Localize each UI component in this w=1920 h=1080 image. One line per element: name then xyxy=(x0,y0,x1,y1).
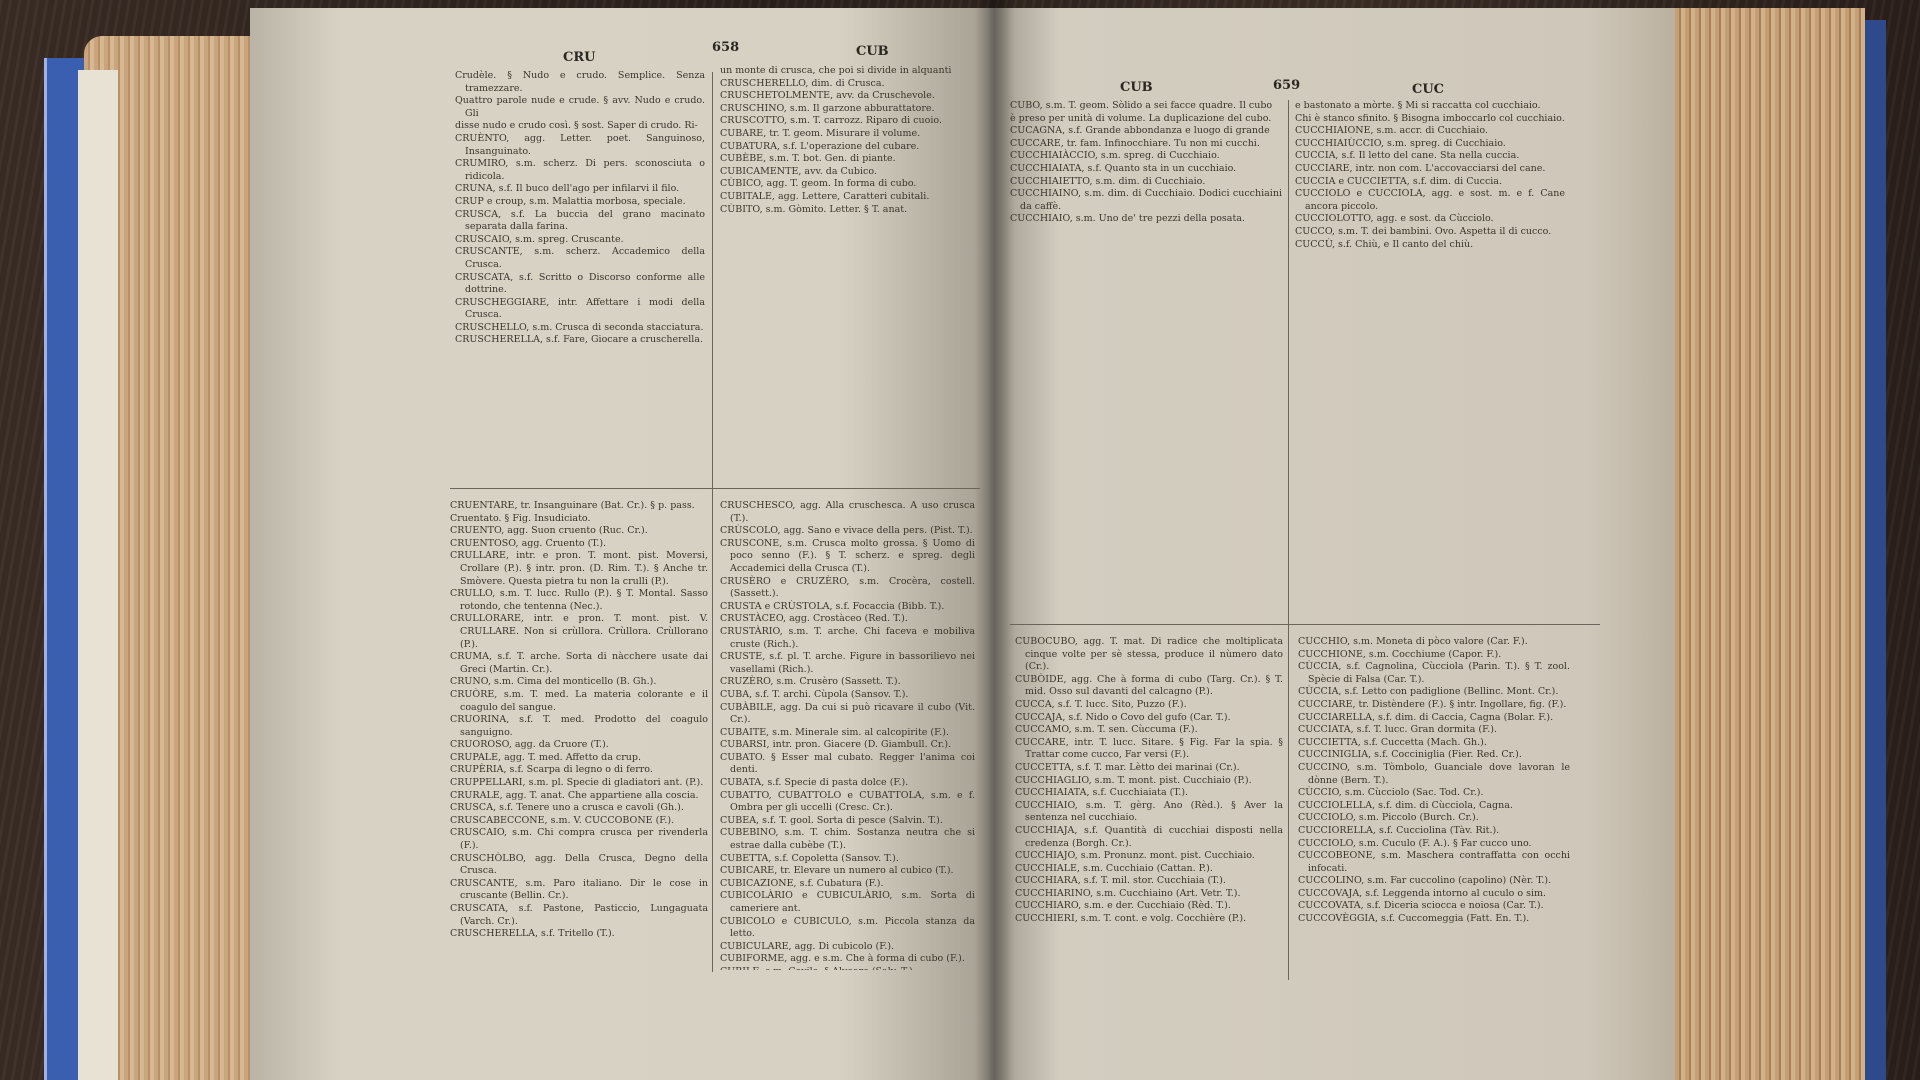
left-guide-word-right: CUB xyxy=(856,44,889,59)
entry: CRUSTÀRIO, s.m. T. arche. Chi faceva e m… xyxy=(720,626,975,651)
entry: CRUSCHESCO, agg. Alla cruschesca. A uso … xyxy=(720,500,975,525)
entry: CUBATO. § Esser mal cubato. Regger l'ani… xyxy=(720,752,975,777)
entry: CRUNO, s.m. Cima del monticello (B. Gh.)… xyxy=(450,676,708,689)
entry: Quattro parole nude e crude. § avv. Nudo… xyxy=(455,95,705,120)
entry: Cruentato. § Fig. Insudiciato. xyxy=(450,513,708,526)
entry: CUBARE, tr. T. geom. Misurare il volume. xyxy=(720,128,970,141)
entry: CRUÈNTO, agg. Letter. poet. Sanguinoso, … xyxy=(455,133,705,158)
entry: CUCCAMO, s.m. T. sen. Cùccuma (F.). xyxy=(1015,724,1283,737)
entry: CRUSTA e CRÙSTOLA, s.f. Focaccia (Bibb. … xyxy=(720,601,975,614)
entry: CUBICOLÀRIO e CUBICULÀRIO, s.m. Sorta di… xyxy=(720,890,975,915)
right-col2-bottom: CÙCCHIO, s.m. Moneta di pòco valore (Car… xyxy=(1298,636,1570,981)
entry: Chi è stanco sfinito. § Bisogna imboccar… xyxy=(1295,113,1565,126)
entry: CUCCHIAINO, s.m. dim. di Cucchiaio. Dodi… xyxy=(1010,188,1282,213)
entry: CUCCAJA, s.f. Nido o Covo del gufo (Car.… xyxy=(1015,712,1283,725)
entry: CRUENTOSO, agg. Cruento (T.). xyxy=(450,538,708,551)
entry: CUBATURA, s.f. L'operazione del cubare. xyxy=(720,141,970,154)
entry: CUCCHIAIO, s.m. T. gèrg. Ano (Rèd.). § A… xyxy=(1015,800,1283,825)
entry: CRUZÈRO, s.m. Crusèro (Sassett. T.). xyxy=(720,676,975,689)
entry: CUBOCUBO, agg. T. mat. Di radice che mol… xyxy=(1015,636,1283,674)
entry: CRUSÈRO e CRUZÈRO, s.m. Crocèra, costell… xyxy=(720,576,975,601)
entry: CUCCETTA, s.f. T. mar. Lètto dei marinai… xyxy=(1015,762,1283,775)
left-col2-top: un monte di crusca, che poi si divide in… xyxy=(720,65,970,475)
entry: CUBICOLO e CUBICULO, s.m. Piccola stanza… xyxy=(720,916,975,941)
entry: CUCCHIONE, s.m. Cocchiume (Capor. F.). xyxy=(1298,649,1570,662)
entry: CUBICAZIONE, s.f. Cubatura (F.). xyxy=(720,878,975,891)
entry: CUCCHIAGLIO, s.m. T. mont. pist. Cucchia… xyxy=(1015,775,1283,788)
entry: CRUSCHELLO, s.m. Crusca di seconda stacc… xyxy=(455,322,705,335)
entry: CUCCOVAJA, s.f. Leggenda intorno al cucu… xyxy=(1298,888,1570,901)
entry: CUCCHIAIÀCCIO, s.m. spreg. di Cucchiaio. xyxy=(1010,150,1282,163)
entry: CRUSTE, s.f. pl. T. arche. Figure in bas… xyxy=(720,651,975,676)
entry: CÙBITO, s.m. Gòmito. Letter. § T. anat. xyxy=(720,204,970,217)
entry: CUCCIOLO e CUCCIOLA, agg. e sost. m. e f… xyxy=(1295,188,1565,213)
entry: CRUENTARE, tr. Insanguinare (Bat. Cr.). … xyxy=(450,500,708,513)
entry: CUBICAMENTE, avv. da Cubico. xyxy=(720,166,970,179)
entry: CUCCINO, s.m. Tòmbolo, Guanciale dove la… xyxy=(1298,762,1570,787)
entry: CUBO, s.m. T. geom. Sòlido a sei facce q… xyxy=(1010,100,1282,113)
entry: CRUPALE, agg. T. med. Affetto da crup. xyxy=(450,752,708,765)
entry: CRUSCHERELLO, dim. di Crusca. xyxy=(720,78,970,91)
entry: CUBÈBE, s.m. T. bot. Gen. di piante. xyxy=(720,153,970,166)
entry: CUCCOLINO, s.m. Far cuccolino (capolino)… xyxy=(1298,875,1570,888)
entry: CRURALE, agg. T. anat. Che appartiene al… xyxy=(450,790,708,803)
left-col1-top: Crudèle. § Nudo e crudo. Semplice. Senza… xyxy=(455,70,705,480)
entry: CUBIFORME, agg. e s.m. Che à forma di cu… xyxy=(720,953,975,966)
entry: CRUORINA, s.f. T. med. Prodotto del coag… xyxy=(450,714,708,739)
entry: CRUSCABECCONE, s.m. V. CUCCOBONE (F.). xyxy=(450,815,708,828)
entry: CUCCIA e CUCCIETTA, s.f. dim. di Cuccia. xyxy=(1295,176,1565,189)
entry: CRUSCHETOLMENTE, avv. da Cruschevole. xyxy=(720,90,970,103)
entry: CRUSCHERELLA, s.f. Tritello (T.). xyxy=(450,928,708,941)
entry: CRUSCA, s.f. La buccia del grano macinat… xyxy=(455,209,705,234)
right-page-number: 659 xyxy=(1273,78,1300,93)
right-column-divider xyxy=(1288,100,1289,980)
entry: un monte di crusca, che poi si divide in… xyxy=(720,65,970,78)
right-col1-bottom: CUBOCUBO, agg. T. mat. Di radice che mol… xyxy=(1015,636,1283,981)
book-gutter xyxy=(975,0,1015,1080)
entry: CRUSCATA, s.f. Scritto o Discorso confor… xyxy=(455,272,705,297)
flyleaf xyxy=(78,70,118,1080)
entry: CUCAGNA, s.f. Grande abbondanza e luogo … xyxy=(1010,125,1282,138)
entry: CRULLORARE, intr. e pron. T. mont. pist.… xyxy=(450,613,708,651)
entry: CUBÀBILE, agg. Da cui si può ricavare il… xyxy=(720,702,975,727)
left-guide-word-left: CRU xyxy=(563,50,596,65)
entry: CRULLO, s.m. T. lucc. Rullo (P.). § T. M… xyxy=(450,588,708,613)
entry: CRUPÈRIA, s.f. Scarpa di legno o di ferr… xyxy=(450,764,708,777)
entry: CUCCO, s.m. T. dei bambini. Ovo. Aspetta… xyxy=(1295,226,1565,239)
entry: CUCCHIAIATA, s.f. Cucchiaiata (T.). xyxy=(1015,787,1283,800)
page-edges-right xyxy=(1675,8,1865,1080)
entry: CUCCHIALE, s.m. Cucchiaio (Cattan. P.). xyxy=(1015,863,1283,876)
entry: CUBATTO, CUBATTOLO e CUBATTOLA, s.m. e f… xyxy=(720,790,975,815)
entry: CRUENTO, agg. Suon cruento (Ruc. Cr.). xyxy=(450,525,708,538)
entry: CUCCÙ, s.f. Chiù, e Il canto del chiù. xyxy=(1295,239,1565,252)
entry: CUCCIA, s.f. Il letto del cane. Sta nell… xyxy=(1295,150,1565,163)
entry: CUBARSI, intr. pron. Giacere (D. Giambul… xyxy=(720,739,975,752)
entry: CRUSCHERELLA, s.f. Fare, Giocare a crusc… xyxy=(455,334,705,347)
entry: CUBEA, s.f. T. gool. Sorta di pesce (Sal… xyxy=(720,815,975,828)
entry: CRUÒRE, s.m. T. med. La materia colorant… xyxy=(450,689,708,714)
entry: CUBITALE, agg. Lettere, Caratteri cubita… xyxy=(720,191,970,204)
entry: è preso per unità di volume. La duplicaz… xyxy=(1010,113,1282,126)
entry: CRUSCONE, s.m. Crusca molto grossa. § Uo… xyxy=(720,538,975,576)
right-col1-top: CUBO, s.m. T. geom. Sòlido a sei facce q… xyxy=(1010,100,1282,615)
entry: CUBA, s.f. T. archi. Cùpola (Sansov. T.)… xyxy=(720,689,975,702)
entry: CUCCHIARA, s.f. T. mil. stor. Cucchiaia … xyxy=(1015,875,1283,888)
entry: CUBÒIDE, agg. Che à forma di cubo (Targ.… xyxy=(1015,674,1283,699)
entry: CRUOROSO, agg. da Cruore (T.). xyxy=(450,739,708,752)
entry: CUBICULARE, agg. Di cubicolo (F.). xyxy=(720,941,975,954)
entry: CUBEBINO, s.m. T. chim. Sostanza neutra … xyxy=(720,827,975,852)
entry: CRUSCHINO, s.m. Il garzone abburattatore… xyxy=(720,103,970,116)
entry: CRUSCANTE, s.m. scherz. Accademico della… xyxy=(455,246,705,271)
entry: CUCCIOLO, s.m. Cuculo (F. A.). § Far cuc… xyxy=(1298,838,1570,851)
entry: e bastonato a mòrte. § Mi si raccatta co… xyxy=(1295,100,1565,113)
entry: CUCCIATA, s.f. T. lucc. Gran dormita (F.… xyxy=(1298,724,1570,737)
entry: CÙCCIA, s.f. Letto con padiglione (Belli… xyxy=(1298,686,1570,699)
entry: CUCCIARE, intr. non com. L'accovacciarsi… xyxy=(1295,163,1565,176)
entry: CRUP e croup, s.m. Malattia morbosa, spe… xyxy=(455,196,705,209)
left-col2-bottom: CRUSCHESCO, agg. Alla cruschesca. A uso … xyxy=(720,500,975,970)
entry: disse nudo e crudo così. § sost. Saper d… xyxy=(455,120,705,133)
entry: CUCCIOLOTTO, agg. e sost. da Cùcciolo. xyxy=(1295,213,1565,226)
entry: CUCCIORELLA, s.f. Cucciolina (Tàv. Rit.)… xyxy=(1298,825,1570,838)
entry: CUCCOVÈGGIA, s.f. Cuccomeggia (Fatt. En.… xyxy=(1298,913,1570,926)
entry: CRUSCAIO, s.m. spreg. Cruscante. xyxy=(455,234,705,247)
entry: CUBICARE, tr. Elevare un numero al cubic… xyxy=(720,865,975,878)
entry: CUCCIETTA, s.f. Cuccetta (Mach. Gh.). xyxy=(1298,737,1570,750)
entry: CUCCHIAIO, s.m. Uno de' tre pezzi della … xyxy=(1010,213,1282,226)
entry: CUCCHIARO, s.m. e der. Cucchiaio (Rèd. T… xyxy=(1015,900,1283,913)
entry: CRUSCHÒLBO, agg. Della Crusca, Degno del… xyxy=(450,853,708,878)
entry: CÙCCIA, s.f. Cagnolina, Cùcciola (Parin.… xyxy=(1298,661,1570,686)
entry: CUCCARE, intr. T. lucc. Sitare. § Fig. F… xyxy=(1015,737,1283,762)
right-section-divider xyxy=(1010,624,1600,625)
entry: CUCCHIAJA, s.f. Quantità di cucchiai dis… xyxy=(1015,825,1283,850)
entry: CRUSCOTTO, s.m. T. carrozz. Riparo di cu… xyxy=(720,115,970,128)
entry: CUBETTA, s.f. Copoletta (Sansov. T.). xyxy=(720,853,975,866)
entry: Crudèle. § Nudo e crudo. Semplice. Senza… xyxy=(455,70,705,95)
entry: CRÙSCOLO, agg. Sano e vivace della pers.… xyxy=(720,525,975,538)
entry: CRUSTÀCEO, agg. Crostàceo (Red. T.). xyxy=(720,613,975,626)
entry: CRUSCA, s.f. Tenere uno a crusca e cavol… xyxy=(450,802,708,815)
entry: CRUMIRO, s.m. scherz. Di pers. sconosciu… xyxy=(455,158,705,183)
entry: CUCCOBEONE, s.m. Maschera contraffatta c… xyxy=(1298,850,1570,875)
entry: CUCCHIERI, s.m. T. cont. e volg. Cocchiè… xyxy=(1015,913,1283,926)
entry: CUBILE, s.m. Covile. § Alveare (Salv. T.… xyxy=(720,966,975,970)
entry: CUCCINIGLIA, s.f. Cocciniglia (Fier. Red… xyxy=(1298,749,1570,762)
entry: CÙCCHIO, s.m. Moneta di pòco valore (Car… xyxy=(1298,636,1570,649)
entry: CRUSCHEGGIARE, intr. Affettare i modi de… xyxy=(455,297,705,322)
entry: CUCCIOLO, s.m. Piccolo (Burch. Cr.). xyxy=(1298,812,1570,825)
entry: CRUSCANTE, s.m. Paro italiano. Dir le co… xyxy=(450,878,708,903)
entry: CUCCHIAJO, s.m. Pronunz. mont. pist. Cuc… xyxy=(1015,850,1283,863)
entry: CUCCA, s.f. T. lucc. Sito, Puzzo (F.). xyxy=(1015,699,1283,712)
entry: CRUSCATA, s.f. Pastone, Pasticcio, Lunga… xyxy=(450,903,708,928)
entry: CUCCHIAIATA, s.f. Quanto sta in un cucch… xyxy=(1010,163,1282,176)
entry: CÙCCIO, s.m. Cùcciolo (Sac. Tod. Cr.). xyxy=(1298,787,1570,800)
entry: CUBAITE, s.m. Minerale sim. al calcopiri… xyxy=(720,727,975,740)
entry: CRUMA, s.f. T. arche. Sorta di nàcchere … xyxy=(450,651,708,676)
entry: CUCCIOLELLA, s.f. dim. di Cùcciola, Cagn… xyxy=(1298,800,1570,813)
entry: CÙBICO, agg. T. geom. In forma di cubo. xyxy=(720,178,970,191)
left-column-divider xyxy=(712,72,713,972)
entry: CUCCIARELLA, s.f. dim. di Caccia, Cagna … xyxy=(1298,712,1570,725)
entry: CUCCHIARINO, s.m. Cucchiaino (Art. Vetr.… xyxy=(1015,888,1283,901)
right-guide-word-left: CUB xyxy=(1120,80,1153,95)
entry: CUCCHIAIÙCCIO, s.m. spreg. di Cucchiaio. xyxy=(1295,138,1565,151)
entry: CRUPPELLARI, s.m. pl. Specie di gladiato… xyxy=(450,777,708,790)
entry: CUBATA, s.f. Specie di pasta dolce (F.). xyxy=(720,777,975,790)
entry: CUCCIARE, tr. Distèndere (F.). § intr. I… xyxy=(1298,699,1570,712)
entry: CUCCHIAIETTO, s.m. dim. di Cucchiaio. xyxy=(1010,176,1282,189)
entry: CRUSCAIO, s.m. Chi compra crusca per riv… xyxy=(450,827,708,852)
left-page-number: 658 xyxy=(712,40,739,55)
entry: CUCCHIAIONE, s.m. accr. di Cucchiaio. xyxy=(1295,125,1565,138)
right-col2-top: e bastonato a mòrte. § Mi si raccatta co… xyxy=(1295,100,1565,615)
entry: CRULLARE, intr. e pron. T. mont. pist. M… xyxy=(450,550,708,588)
entry: CUCCOVATA, s.f. Diceria sciocca e noiosa… xyxy=(1298,900,1570,913)
left-col1-bottom: CRUENTARE, tr. Insanguinare (Bat. Cr.). … xyxy=(450,500,708,970)
left-section-divider xyxy=(450,488,980,489)
entry: CUCCARE, tr. fam. Infinocchiare. Tu non … xyxy=(1010,138,1282,151)
entry: CRUNA, s.f. Il buco dell'ago per infilar… xyxy=(455,183,705,196)
right-guide-word-right: CUC xyxy=(1412,82,1444,97)
